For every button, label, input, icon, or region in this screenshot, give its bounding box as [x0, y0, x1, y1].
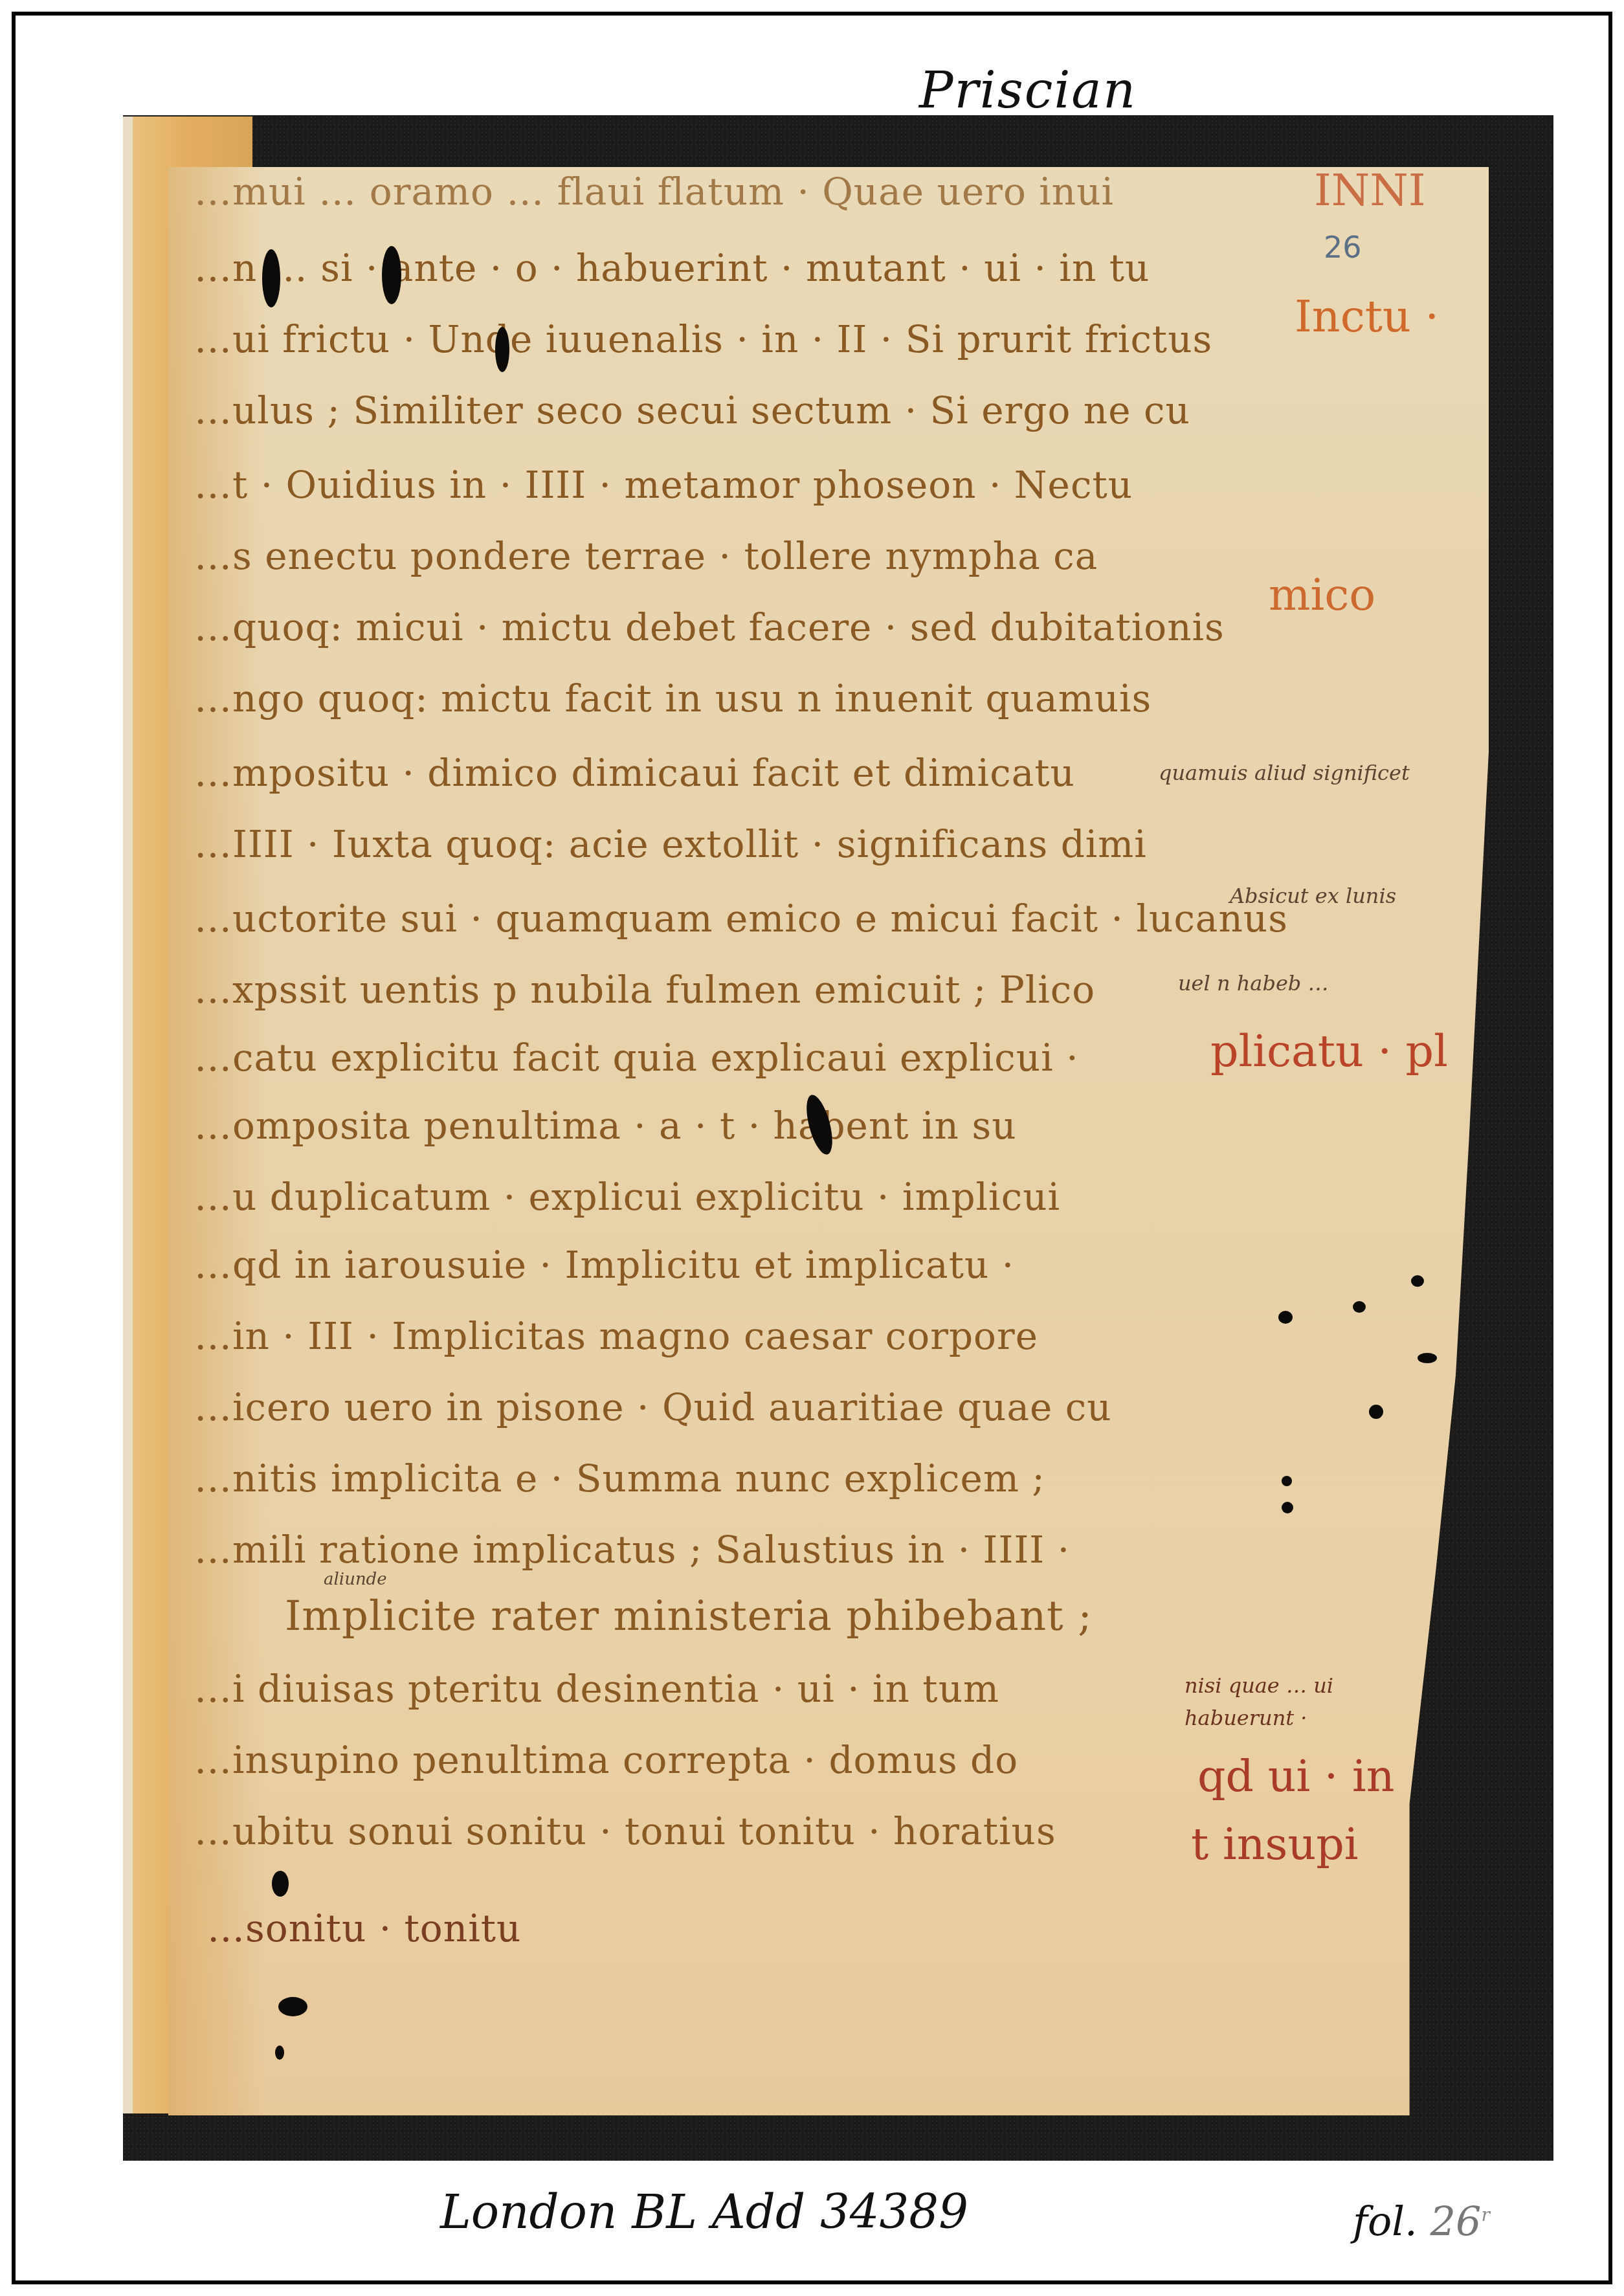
worm-hole: [275, 2045, 284, 2060]
annotation-folio: fol. 26r: [1353, 2198, 1490, 2245]
folio-side: r: [1481, 2204, 1489, 2225]
worm-hole: [382, 246, 401, 304]
worm-hole: [1411, 1275, 1424, 1287]
marginal-gloss: uel n habeb …: [1178, 971, 1329, 996]
folio-label: fol.: [1353, 2198, 1418, 2245]
marginal-gloss: quamuis aliud significet: [1159, 761, 1410, 785]
rubric: t insupi: [1191, 1819, 1358, 1870]
text-line: …qd in iarousuie · Implicitu et implicat…: [194, 1243, 1014, 1287]
text-line: …IIII · Iuxta quoq: acie extollit · sign…: [194, 822, 1147, 866]
text-line: …catu explicitu facit quia explicaui exp…: [194, 1036, 1079, 1080]
text-line: …omposita penultima · a · t · habent in …: [194, 1104, 1017, 1148]
worm-hole: [272, 1871, 289, 1897]
rubric: INNI: [1314, 165, 1426, 216]
pencil-folio-number: 26: [1324, 230, 1362, 265]
worm-hole: [278, 1997, 307, 2016]
rubric: mico: [1269, 570, 1375, 621]
worm-hole: [1282, 1502, 1293, 1513]
text-line: …n … si · ante · o · habuerint · mutant …: [194, 246, 1150, 290]
worm-hole: [1353, 1301, 1366, 1313]
marginal-gloss: habuerunt ·: [1185, 1706, 1307, 1730]
worm-hole: [262, 249, 280, 307]
interlinear-gloss: aliunde: [324, 1570, 387, 1589]
annotation-author-title: Priscian: [919, 61, 1137, 120]
folio-number: 26: [1430, 2198, 1482, 2245]
text-line: …insupino penultima correpta · domus do: [194, 1738, 1018, 1782]
text-line: …i diuisas pteritu desinentia · ui · in …: [194, 1667, 999, 1711]
text-line: …ulus ; Similiter seco secui sectum · Si…: [194, 388, 1190, 432]
text-line: …sonitu · tonitu: [207, 1906, 521, 1950]
text-line: …ngo quoq: mictu facit in usu n inuenit …: [194, 676, 1151, 720]
text-line: …mpositu · dimico dimicaui facit et dimi…: [194, 751, 1075, 795]
worm-hole: [1282, 1476, 1292, 1486]
text-line: …quoq: micui · mictu debet facere · sed …: [194, 605, 1225, 649]
marginal-gloss: Absicut ex lunis: [1230, 884, 1396, 908]
text-line: Implicite rater ministeria phibebant ;: [285, 1592, 1093, 1640]
text-line: …mili ratione implicatus ; Salustius in …: [194, 1528, 1070, 1572]
text-line: …in · III · Implicitas magno caesar corp…: [194, 1314, 1038, 1358]
text-line: …nitis implicita e · Summa nunc explicem…: [194, 1456, 1045, 1500]
rubric: plicatu · pl: [1210, 1026, 1448, 1077]
text-line: …s enectu pondere terrae · tollere nymph…: [194, 534, 1098, 578]
text-line: …t · Ouidius in · IIII · metamor phoseon…: [194, 463, 1133, 507]
text-line: …ubitu sonui sonitu · tonui tonitu · hor…: [194, 1809, 1056, 1853]
text-line: …xpssit uentis p nubila fulmen emicuit ;…: [194, 968, 1095, 1012]
text-line: …ui frictu · Unde iuuenalis · in · II · …: [194, 317, 1212, 361]
text-line: …icero uero in pisone · Quid auaritiae q…: [194, 1385, 1112, 1429]
worm-hole: [1418, 1353, 1437, 1363]
text-line: …u duplicatum · explicui explicitu · imp…: [194, 1175, 1060, 1219]
text-line: …mui … oramo … flaui flatum · Quae uero …: [194, 170, 1114, 214]
rubric: Inctu ·: [1295, 291, 1439, 342]
rubric: qd ui · in: [1197, 1751, 1395, 1802]
worm-hole: [495, 327, 509, 372]
marginal-gloss: nisi quae … ui: [1185, 1673, 1333, 1698]
annotation-shelfmark: London BL Add 34389: [440, 2185, 968, 2239]
text-line: …uctorite sui · quamquam emico e micui f…: [194, 897, 1288, 941]
worm-hole: [1369, 1405, 1383, 1419]
worm-hole: [1278, 1311, 1293, 1324]
